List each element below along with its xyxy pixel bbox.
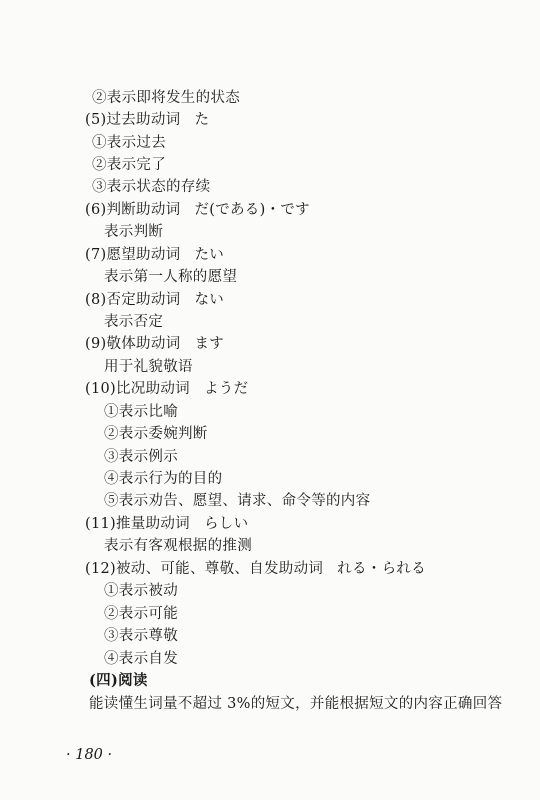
japanese-term: ます — [194, 336, 224, 352]
line-text: ①表示过去 — [92, 135, 166, 151]
heading-line: (9)敬体助动词ます — [85, 334, 224, 354]
japanese-term: ようだ — [204, 381, 248, 397]
line-text: ②表示委婉判断 — [104, 426, 208, 442]
line-text: ②表示即将发生的状态 — [92, 90, 240, 106]
heading-line: (8)否定助动词ない — [85, 290, 224, 310]
heading-line: (6)判断助动词だ(である)・です — [85, 200, 310, 220]
heading-text: (5)过去助动词 — [85, 112, 180, 128]
line-text: ①表示比喻 — [104, 404, 178, 420]
japanese-term: だ(である)・です — [194, 202, 310, 218]
text-line: ②表示可能 — [104, 604, 178, 624]
japanese-term: れる・られる — [337, 561, 426, 577]
paragraph-text: 能读懂生词量不超过 3%的短文，并能根据短文的内容正确回答 — [89, 696, 502, 712]
section-heading: (四)阅读 — [89, 671, 148, 691]
section-title: (四)阅读 — [89, 672, 148, 689]
line-text: ②表示完了 — [92, 157, 166, 173]
text-line: ④表示行为的目的 — [104, 469, 222, 489]
line-text: 用于礼貌敬语 — [104, 359, 193, 375]
line-text: ③表示状态的存续 — [92, 179, 210, 195]
line-text: 表示有客观根据的推测 — [104, 538, 252, 554]
heading-text: (8)否定助动词 — [85, 292, 180, 308]
text-line: ②表示即将发生的状态 — [92, 88, 240, 108]
japanese-term: らしい — [204, 516, 248, 532]
line-text: ④表示自发 — [104, 651, 178, 667]
text-line: ③表示例示 — [104, 447, 178, 467]
text-line: ①表示过去 — [92, 133, 166, 153]
heading-text: (7)愿望助动词 — [85, 247, 180, 263]
text-line: ④表示自发 — [104, 649, 178, 669]
text-line: ①表示被动 — [104, 581, 178, 601]
japanese-term: た — [194, 112, 209, 128]
line-text: 表示判断 — [104, 224, 163, 240]
text-line: 表示第一人称的愿望 — [104, 267, 237, 287]
text-line: ②表示委婉判断 — [104, 424, 208, 444]
text-line: 表示判断 — [104, 222, 163, 242]
heading-line: (5)过去助动词た — [85, 110, 209, 130]
line-text: ④表示行为的目的 — [104, 471, 222, 487]
paragraph-line: 能读懂生词量不超过 3%的短文，并能根据短文的内容正确回答 — [89, 694, 502, 714]
text-line: ③表示状态的存续 — [92, 177, 210, 197]
text-line: ①表示比喻 — [104, 402, 178, 422]
line-text: 表示第一人称的愿望 — [104, 269, 237, 285]
heading-line: (12)被动、可能、尊敬、自发助动词れる・られる — [85, 559, 426, 579]
heading-line: (7)愿望助动词たい — [85, 245, 224, 265]
japanese-term: たい — [194, 247, 224, 263]
text-line: 表示否定 — [104, 312, 163, 332]
line-text: ①表示被动 — [104, 583, 178, 599]
heading-text: (12)被动、可能、尊敬、自发助动词 — [85, 561, 323, 577]
line-text: ③表示尊敬 — [104, 628, 178, 644]
line-text: ③表示例示 — [104, 449, 178, 465]
text-line: 用于礼貌敬语 — [104, 357, 193, 377]
line-text: ②表示可能 — [104, 606, 178, 622]
text-line: ③表示尊敬 — [104, 626, 178, 646]
text-line: 表示有客观根据的推测 — [104, 536, 252, 556]
japanese-term: ない — [194, 292, 224, 308]
heading-text: (9)敬体助动词 — [85, 336, 180, 352]
text-line: ⑤表示劝告、愿望、请求、命令等的内容 — [104, 491, 370, 511]
heading-line: (10)比况助动词ようだ — [85, 379, 248, 399]
text-line: ②表示完了 — [92, 155, 166, 175]
line-text: ⑤表示劝告、愿望、请求、命令等的内容 — [104, 493, 370, 509]
book-page: ②表示即将发生的状态 (5)过去助动词た ①表示过去 ②表示完了 ③表示状态的存… — [0, 0, 540, 800]
heading-text: (11)推量助动词 — [85, 516, 190, 532]
heading-text: (10)比况助动词 — [85, 381, 190, 397]
line-text: 表示否定 — [104, 314, 163, 330]
heading-text: (6)判断助动词 — [85, 202, 180, 218]
page-number: · 180 · — [66, 745, 112, 765]
heading-line: (11)推量助动词らしい — [85, 514, 248, 534]
